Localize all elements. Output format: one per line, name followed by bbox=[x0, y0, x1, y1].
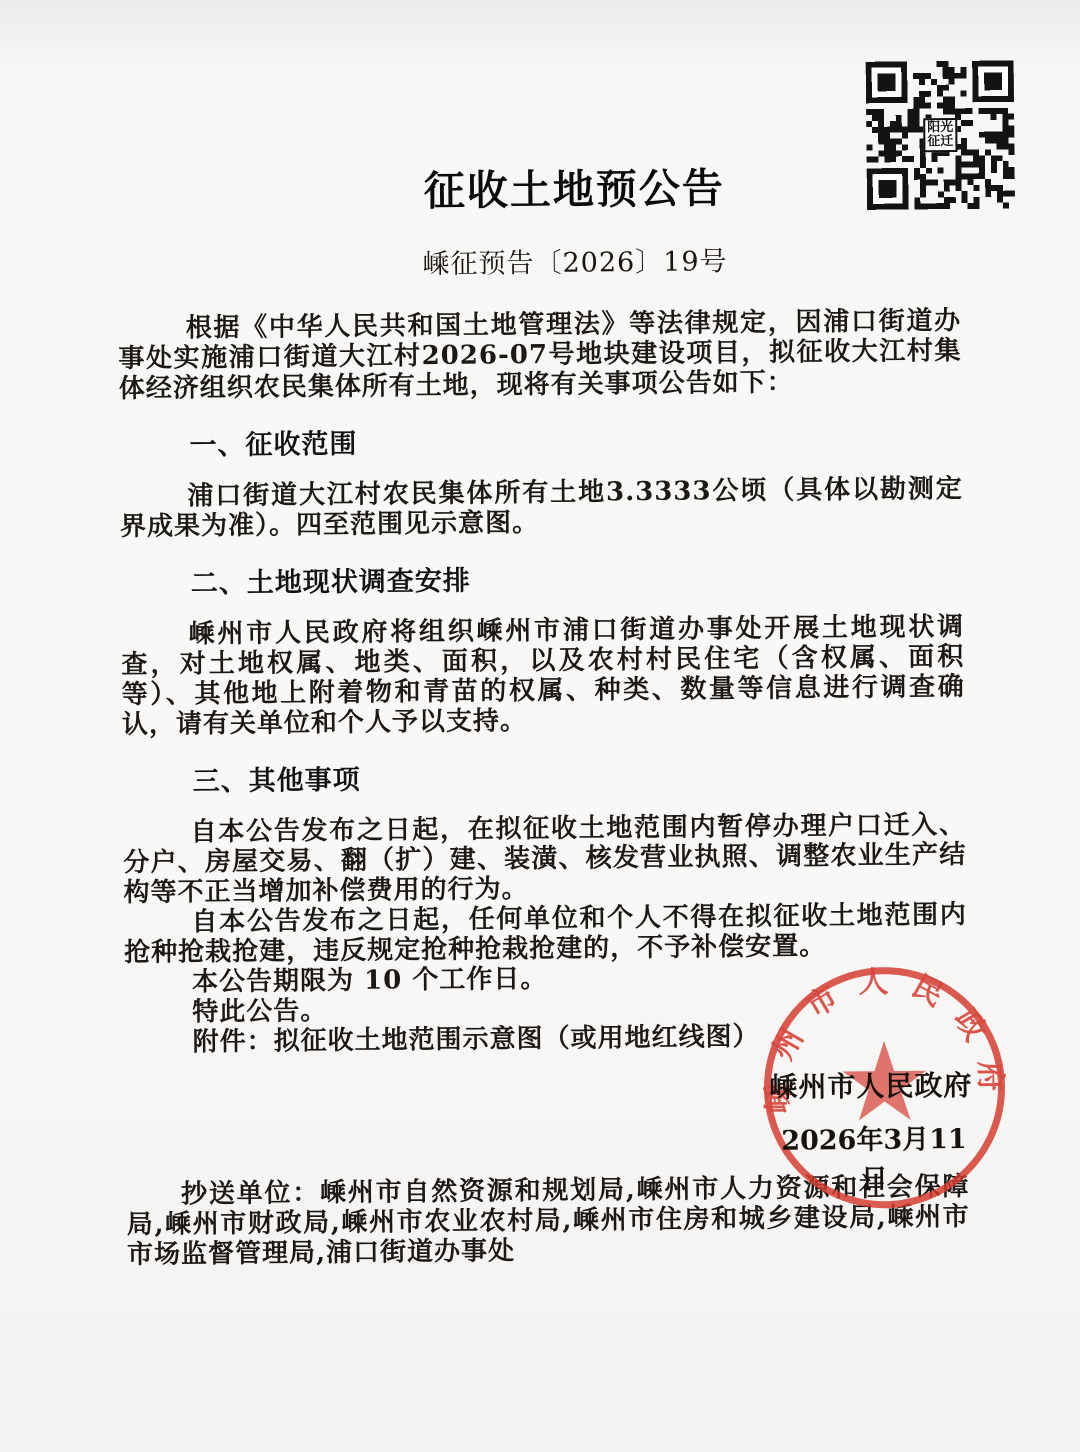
signature-date: 2026年3月11日 bbox=[779, 1117, 970, 1197]
notice-page: 阳光 征迁 征收土地预公告 嵊征预告〔2026〕19号 根据《中华人民共和国土地… bbox=[0, 0, 1080, 1452]
section-2-paragraph: 嵊州市人民政府将组织嵊州市浦口街道办事处开展土地现状调查，对土地权属、地类、面积… bbox=[121, 612, 965, 740]
section-3-heading: 三、其他事项 bbox=[122, 760, 965, 798]
doc-number: 嵊征预告〔2026〕19号 bbox=[153, 244, 996, 284]
section-2-heading: 二、土地现状调查安排 bbox=[120, 562, 963, 600]
qr-label-line2: 征迁 bbox=[927, 135, 953, 149]
section-3-paragraph-1: 自本公告发布之日起，在拟征收土地范围内暂停办理户口迁入、分户、房屋交易、翻（扩）… bbox=[123, 810, 967, 908]
section-1-heading: 一、征收范围 bbox=[119, 424, 962, 462]
qr-center-label: 阳光 征迁 bbox=[923, 118, 957, 152]
section-1-paragraph: 浦口街道大江村农民集体所有土地3.3333公顷（具体以勘测定界成果为准）。四至范… bbox=[120, 474, 964, 542]
intro-paragraph: 根据《中华人民共和国土地管理法》等法律规定，因浦口街道办事处实施浦口街道大江村2… bbox=[118, 306, 962, 404]
signature-issuer: 嵊州市人民政府 bbox=[763, 1064, 978, 1106]
page-title: 征收土地预公告 bbox=[153, 162, 996, 218]
